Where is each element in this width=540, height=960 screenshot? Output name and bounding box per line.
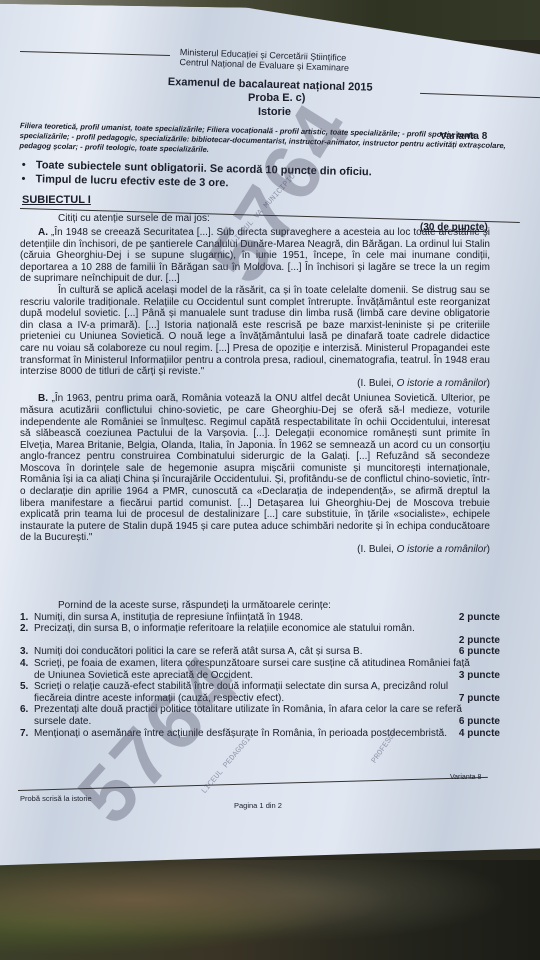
source-a-label: A. bbox=[38, 227, 48, 238]
source-b-citation: (I. Bulei, O istorie a românilor) bbox=[20, 544, 490, 556]
question-item: 3.Numiți doi conducători politici la car… bbox=[20, 646, 480, 658]
header-divider-right bbox=[420, 93, 540, 98]
footer-varianta: Varianta 8 bbox=[450, 774, 481, 781]
header-divider-left bbox=[20, 51, 170, 56]
section-intro: Citiți cu atenție sursele de mai jos: bbox=[58, 213, 210, 224]
source-b-paragraph: B. „În 1963, pentru prima oară, România … bbox=[20, 393, 490, 544]
source-a-citation: (I. Bulei, O istorie a românilor) bbox=[20, 378, 490, 390]
ministry-header: Ministerul Educației și Cercetării Știin… bbox=[179, 47, 349, 73]
question-item: 4.Scrieți, pe foaia de examen, litera co… bbox=[20, 658, 480, 681]
question-item: 6.Prezentați alte două practici politice… bbox=[20, 704, 480, 727]
questions-intro: Pornind de la aceste surse, răspundeți l… bbox=[20, 600, 480, 612]
page-number: Pagina 1 din 2 bbox=[234, 801, 282, 810]
exam-page: Ministerul Educației și Cercetării Știin… bbox=[0, 0, 540, 960]
question-item: 2.Precizați, din sursa B, o informație r… bbox=[20, 623, 480, 646]
questions-list: Pornind de la aceste surse, răspundeți l… bbox=[20, 600, 480, 739]
section-title: SUBIECTUL I bbox=[22, 194, 91, 206]
question-item: 1.Numiți, din sursa A, instituția de rep… bbox=[20, 612, 480, 624]
source-a-paragraph-2: În cultură se aplică același model de la… bbox=[20, 285, 490, 378]
source-b-label: B. bbox=[38, 393, 48, 404]
